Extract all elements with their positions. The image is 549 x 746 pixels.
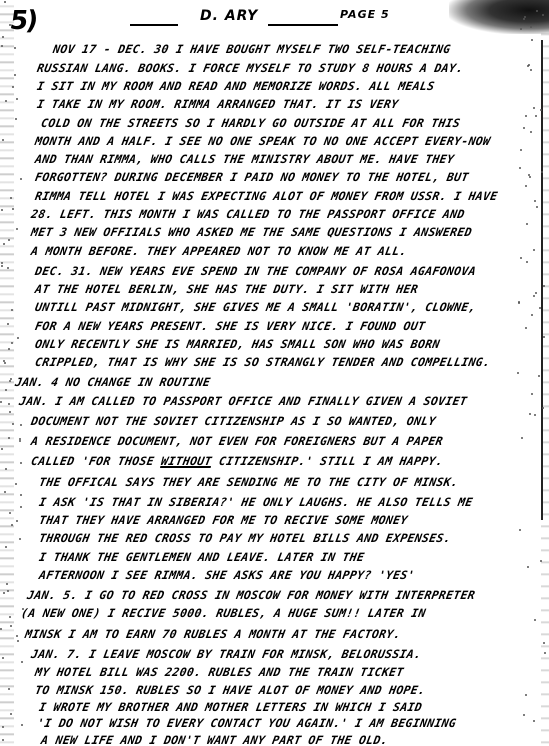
scan-speck	[21, 724, 23, 726]
scan-speck	[530, 131, 532, 133]
scan-speck	[20, 494, 22, 496]
scan-speck	[20, 178, 22, 180]
scan-speck	[533, 107, 535, 109]
diary-line: document not the soviet citizenship as I…	[30, 414, 437, 428]
scan-speck	[3, 243, 5, 245]
scan-speck	[21, 661, 23, 663]
scan-speck	[16, 635, 18, 637]
diary-line: through the Red Cross to pay my hotel bi…	[38, 531, 452, 545]
scan-speck	[10, 197, 12, 199]
scan-speck	[526, 261, 528, 263]
scan-speck	[14, 74, 16, 76]
page-label: PAGE 5	[340, 8, 390, 21]
diary-line: I ask 'Is that in Siberia?' He only laug…	[38, 495, 474, 509]
scan-speck	[521, 437, 523, 439]
scan-speck	[1, 209, 3, 211]
scan-speck	[526, 223, 528, 225]
diary-line: untill past midnight, she gives me a sma…	[34, 300, 477, 314]
scan-speck	[533, 249, 535, 251]
scan-speck	[4, 491, 6, 493]
page-border-line	[541, 40, 543, 520]
scan-speck	[525, 185, 527, 187]
scan-speck	[531, 393, 533, 395]
header-rule-left	[130, 24, 178, 26]
diary-line: cold on the streets so I hardly go outsi…	[40, 116, 461, 130]
scan-speck	[543, 642, 545, 644]
diary-line: afternoon I see Rimma. She asks are you …	[38, 568, 416, 582]
scan-speck	[14, 47, 16, 49]
diary-line: Jan. 4 No change in routine	[14, 375, 212, 389]
diary-line: that they have arranged for me to recive…	[38, 513, 409, 527]
scan-speck	[520, 257, 522, 259]
scan-speck	[20, 424, 22, 426]
scan-speck	[533, 295, 535, 297]
scan-speck	[529, 176, 531, 178]
scan-speck	[4, 1, 6, 3]
scan-speck	[534, 200, 536, 202]
scan-speck	[16, 98, 18, 100]
scan-speck	[533, 720, 535, 722]
scan-speck	[519, 167, 521, 169]
scan-speck	[520, 28, 522, 30]
diary-title: D. ARY	[200, 8, 258, 24]
scan-speck	[535, 292, 537, 294]
scan-speck	[525, 694, 527, 696]
diary-line: I thank the gentlemen and leave. Later i…	[38, 550, 366, 564]
scan-speck	[519, 529, 521, 531]
diary-line: The offical says they are sending me to …	[38, 475, 459, 489]
scan-speck	[20, 462, 22, 464]
diary-line: I take in my room. Rimma arranged that. …	[36, 97, 400, 111]
scan-speck	[5, 100, 7, 102]
scan-speck	[19, 538, 21, 540]
scan-speck	[525, 327, 527, 329]
scan-speck	[3, 592, 5, 594]
diary-line: a month before. They appeared not to kno…	[30, 244, 408, 258]
scan-speck	[9, 411, 11, 413]
scan-speck	[11, 342, 13, 344]
diary-line: 28. left. This month I was called to the…	[30, 207, 466, 221]
scan-speck	[531, 39, 533, 41]
scan-speck	[0, 628, 2, 630]
scan-speck	[16, 520, 18, 522]
diary-line: to Minsk 150. rubles so I have alot of m…	[34, 683, 427, 697]
scan-speck	[12, 208, 14, 210]
scan-speck	[534, 414, 536, 416]
scan-speck	[2, 726, 4, 728]
diary-line: a new life and I don't want any part of …	[40, 733, 389, 746]
scan-speck	[517, 372, 519, 374]
diary-line: Russian lang. books. I force myself to s…	[36, 61, 465, 75]
diary-line: I sit in my room and read and memorize w…	[36, 79, 436, 93]
diary-line: My hotel bill was 2200. rubles and the t…	[34, 665, 405, 679]
scan-speck	[2, 36, 4, 38]
diary-line: met 3 new offiials who asked me the same…	[30, 225, 473, 239]
diary-line: called 'for those without citizenship.' …	[30, 454, 444, 468]
diary-line: a Residence document, not even for forei…	[30, 434, 444, 448]
scan-speck	[17, 640, 19, 642]
scan-speck	[520, 149, 522, 151]
scan-speck	[523, 714, 525, 716]
scan-speck	[527, 566, 529, 568]
scan-speck	[7, 590, 9, 592]
scan-speck	[10, 713, 12, 715]
diary-line: crippled, that is why she is so strangly…	[34, 355, 492, 369]
scan-speck	[1, 45, 3, 47]
scan-speck	[2, 739, 4, 741]
scan-speck	[12, 86, 14, 88]
diary-line: Jan. I am called to passport office and …	[18, 394, 468, 408]
scan-speck	[15, 483, 17, 485]
scan-speck	[534, 619, 536, 621]
scan-speck	[7, 267, 9, 269]
scan-speck	[2, 139, 4, 141]
scan-speck	[9, 616, 11, 618]
scanned-diary-page: 5) D. ARY PAGE 5 Nov 17 - Dec. 30 I have…	[0, 0, 549, 746]
diary-line: (a new one) I recive 5000. rubles, a hug…	[20, 606, 427, 620]
diary-line: I wrote my brother and mother letters in…	[38, 700, 423, 714]
scan-speck	[1, 448, 3, 450]
diary-line: month and a half. I see no one speak to …	[34, 134, 492, 148]
scan-speck	[535, 115, 537, 117]
scan-speck	[22, 608, 24, 610]
scan-speck	[16, 228, 18, 230]
scan-speck	[525, 115, 527, 117]
scan-speck	[9, 24, 11, 26]
scan-speck	[543, 336, 545, 338]
scan-speck	[15, 118, 17, 120]
diary-line: Jan. 5. I go to Red Cross in Moscow for …	[26, 588, 476, 602]
scan-speck	[536, 206, 538, 208]
scan-noise-left-edge	[0, 0, 14, 746]
diary-line: Jan. 7. I leave Moscow by train for Mins…	[30, 647, 423, 661]
diary-line: forgotten? During December I paid no mon…	[34, 170, 470, 184]
diary-line: Rimma tell hotel I was expecting alot of…	[34, 189, 499, 203]
scan-speck	[7, 323, 9, 325]
scan-speck	[518, 302, 520, 304]
scan-speck	[531, 314, 533, 316]
page-header: D. ARY PAGE 5	[0, 8, 549, 30]
underlined-word: without	[160, 454, 213, 468]
diary-line: for a New Years present. She is very nic…	[34, 319, 427, 333]
scan-speck	[530, 69, 532, 71]
scan-speck	[523, 127, 525, 129]
scan-speck	[529, 413, 531, 415]
header-rule-right	[268, 24, 338, 26]
scan-speck	[17, 337, 19, 339]
diary-line: Minsk I am to earn 70 rubles a month at …	[24, 627, 402, 641]
scan-speck	[20, 506, 22, 508]
diary-line: only recently she is married, has small …	[34, 337, 441, 351]
scan-speck	[9, 512, 11, 514]
scan-speck	[8, 437, 10, 439]
diary-line: 'I do not wish to every contact you agai…	[36, 716, 457, 730]
diary-line: Nov 17 - Dec. 30 I have bought myself tw…	[52, 42, 452, 56]
diary-line: and than Rimma, who calls the ministry a…	[34, 152, 455, 166]
scan-speck	[528, 64, 530, 66]
diary-line: at the hotel Berlin, she has the duty. I…	[34, 282, 419, 296]
diary-line: Dec. 31. New Years Eve spend in the comp…	[34, 264, 477, 278]
